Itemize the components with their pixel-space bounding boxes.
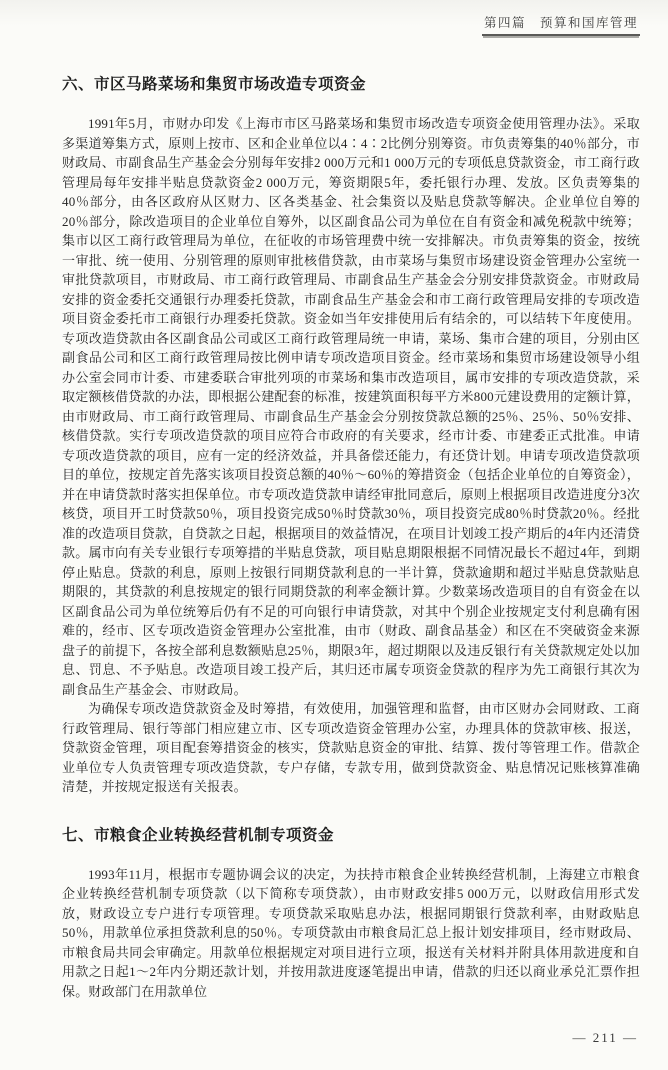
running-header: 第四篇 预算和国库管理 [482, 13, 640, 36]
section-7-heading: 七、市粮食企业转换经营机制专项资金 [62, 823, 640, 845]
page-number: — 211 — [572, 1030, 638, 1046]
section-6-paragraph-1: 1991年5月，市财办印发《上海市市区马路菜场和集贸市场改造专项资金使用管理办法… [62, 114, 640, 699]
running-header-title: 第四篇 预算和国库管理 [482, 13, 640, 36]
section-6-paragraph-2: 为确保专项改造贷款资金及时筹措，有效使用，加强管理和监督，由市区财办会同财政、工… [62, 699, 640, 797]
document-page: 第四篇 预算和国库管理 六、市区马路菜场和集贸市场改造专项资金 1991年5月，… [0, 0, 668, 1070]
page-content: 六、市区马路菜场和集贸市场改造专项资金 1991年5月，市财办印发《上海市市区马… [62, 72, 640, 1001]
section-6-heading: 六、市区马路菜场和集贸市场改造专项资金 [62, 72, 640, 94]
section-7-paragraph-1: 1993年11月，根据市专题协调会议的决定，为扶持市粮食企业转换经营机制，上海建… [62, 865, 640, 1002]
